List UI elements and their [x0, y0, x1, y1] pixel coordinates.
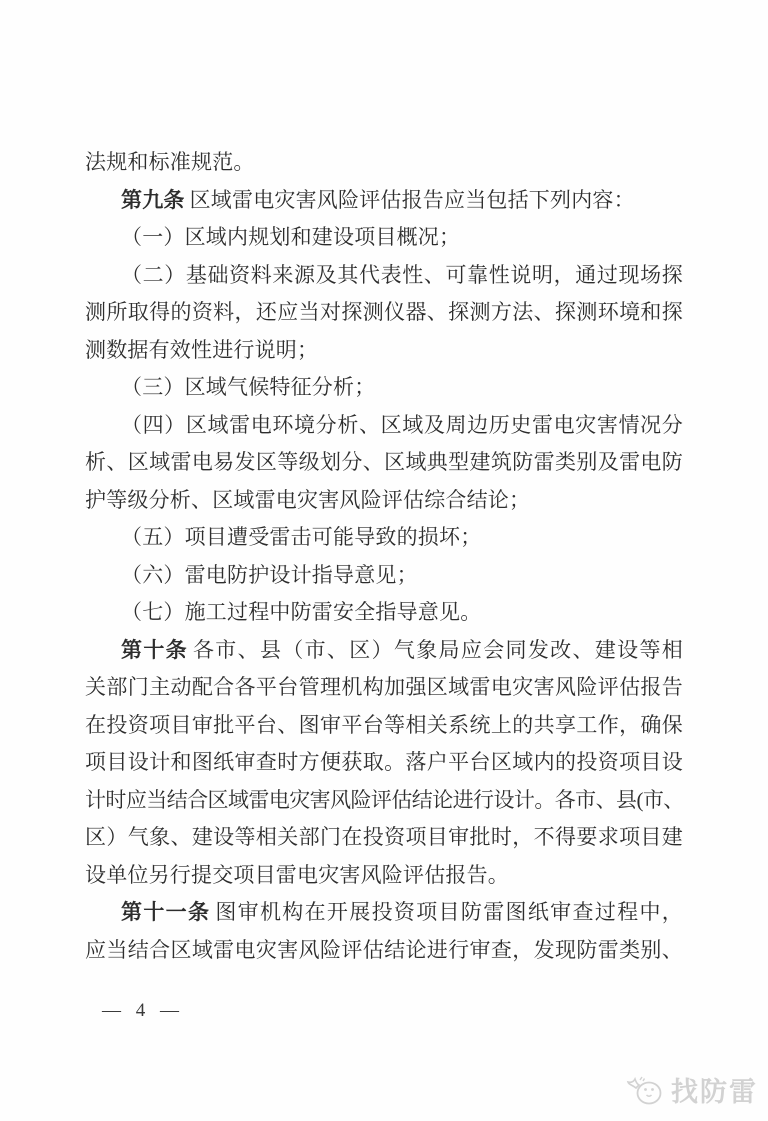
line-text: 区）气象、建设等相关部门在投资项目审批时，不得要求项目建 [85, 825, 683, 849]
document-line: 护等级分析、区域雷电灾害风险评估综合结论； [85, 482, 683, 520]
document-line: 项目设计和图纸审查时方便获取。落户平台区域内的投资项目设 [85, 744, 683, 782]
article-number: 第九条 [121, 189, 185, 212]
document-line: 测所取得的资料，还应当对探测仪器、探测方法、探测环境和探 [85, 294, 683, 332]
scanned-document-page: 法规和标准规范。 第九条区域雷电灾害风险评估报告应当包括下列内容： （一）区域内… [0, 0, 768, 1121]
zhaofanglei-mascot-logo-icon [626, 1072, 666, 1108]
line-text: （六）雷电防护设计指导意见； [121, 563, 418, 587]
document-line: （三）区域气候特征分析； [85, 369, 683, 407]
line-text: （四）区域雷电环境分析、区域及周边历史雷电灾害情况分 [121, 413, 683, 437]
line-text: 测数据有效性进行说明； [85, 338, 318, 362]
line-text: （七）施工过程中防雷安全指导意见。 [121, 600, 481, 624]
document-line: 区）气象、建设等相关部门在投资项目审批时，不得要求项目建 [85, 819, 683, 857]
document-line: （六）雷电防护设计指导意见； [85, 557, 683, 595]
document-line: 测数据有效性进行说明； [85, 332, 683, 370]
document-line: （四）区域雷电环境分析、区域及周边历史雷电灾害情况分 [85, 407, 683, 445]
page-number: — 4 — [102, 1000, 184, 1022]
line-text: （一）区域内规划和建设项目概况； [121, 225, 460, 249]
document-line-article-11: 第十一条图审机构在开展投资项目防雷图纸审查过程中， [85, 894, 683, 932]
line-text: 应当结合区域雷电灾害风险评估结论进行审查，发现防雷类别、 [85, 938, 683, 962]
document-line: 在投资项目审批平台、图审平台等相关系统上的共享工作，确保 [85, 707, 683, 745]
document-line: 析、区域雷电易发区等级划分、区域典型建筑防雷类别及雷电防 [85, 444, 683, 482]
line-text: 各市、县（市、区）气象局应会同发改、建设等相 [193, 638, 683, 662]
document-line: （七）施工过程中防雷安全指导意见。 [85, 594, 683, 632]
watermark: 找防雷 [626, 1070, 758, 1109]
line-text: 计时应当结合区域雷电灾害风险评估结论进行设计。各市、县(市、 [85, 788, 683, 812]
line-text: 设单位另行提交项目雷电灾害风险评估报告。 [85, 863, 509, 887]
article-number: 第十条 [121, 639, 188, 662]
document-line-article-9: 第九条区域雷电灾害风险评估报告应当包括下列内容： [85, 182, 683, 220]
line-text: 在投资项目审批平台、图审平台等相关系统上的共享工作，确保 [85, 713, 683, 737]
document-body: 法规和标准规范。 第九条区域雷电灾害风险评估报告应当包括下列内容： （一）区域内… [85, 144, 683, 969]
document-line: 设单位另行提交项目雷电灾害风险评估报告。 [85, 857, 683, 895]
document-line-article-10: 第十条各市、县（市、区）气象局应会同发改、建设等相 [85, 632, 683, 670]
line-text: （五）项目遭受雷击可能导致的损坏； [121, 525, 481, 549]
line-text: 析、区域雷电易发区等级划分、区域典型建筑防雷类别及雷电防 [85, 450, 683, 474]
watermark-text: 找防雷 [671, 1070, 758, 1109]
document-line: 计时应当结合区域雷电灾害风险评估结论进行设计。各市、县(市、 [85, 782, 683, 820]
document-line: （一）区域内规划和建设项目概况； [85, 219, 683, 257]
line-text: （三）区域气候特征分析； [121, 375, 375, 399]
line-text: 图审机构在开展投资项目防雷图纸审查过程中， [215, 900, 683, 924]
line-text: 区域雷电灾害风险评估报告应当包括下列内容： [190, 188, 635, 212]
line-text: 项目设计和图纸审查时方便获取。落户平台区域内的投资项目设 [85, 750, 683, 774]
document-line: 法规和标准规范。 [85, 144, 683, 182]
line-text: 关部门主动配合各平台管理机构加强区域雷电灾害风险评估报告 [85, 675, 683, 699]
document-line: 关部门主动配合各平台管理机构加强区域雷电灾害风险评估报告 [85, 669, 683, 707]
line-text: 测所取得的资料，还应当对探测仪器、探测方法、探测环境和探 [85, 300, 683, 324]
line-text: （二）基础资料来源及其代表性、可靠性说明，通过现场探 [121, 263, 683, 287]
document-line: 应当结合区域雷电灾害风险评估结论进行审查，发现防雷类别、 [85, 932, 683, 970]
line-text: 护等级分析、区域雷电灾害风险评估综合结论； [85, 488, 530, 512]
article-number: 第十一条 [121, 901, 210, 924]
document-line: （五）项目遭受雷击可能导致的损坏； [85, 519, 683, 557]
line-text: 法规和标准规范。 [85, 150, 255, 174]
document-line: （二）基础资料来源及其代表性、可靠性说明，通过现场探 [85, 257, 683, 295]
